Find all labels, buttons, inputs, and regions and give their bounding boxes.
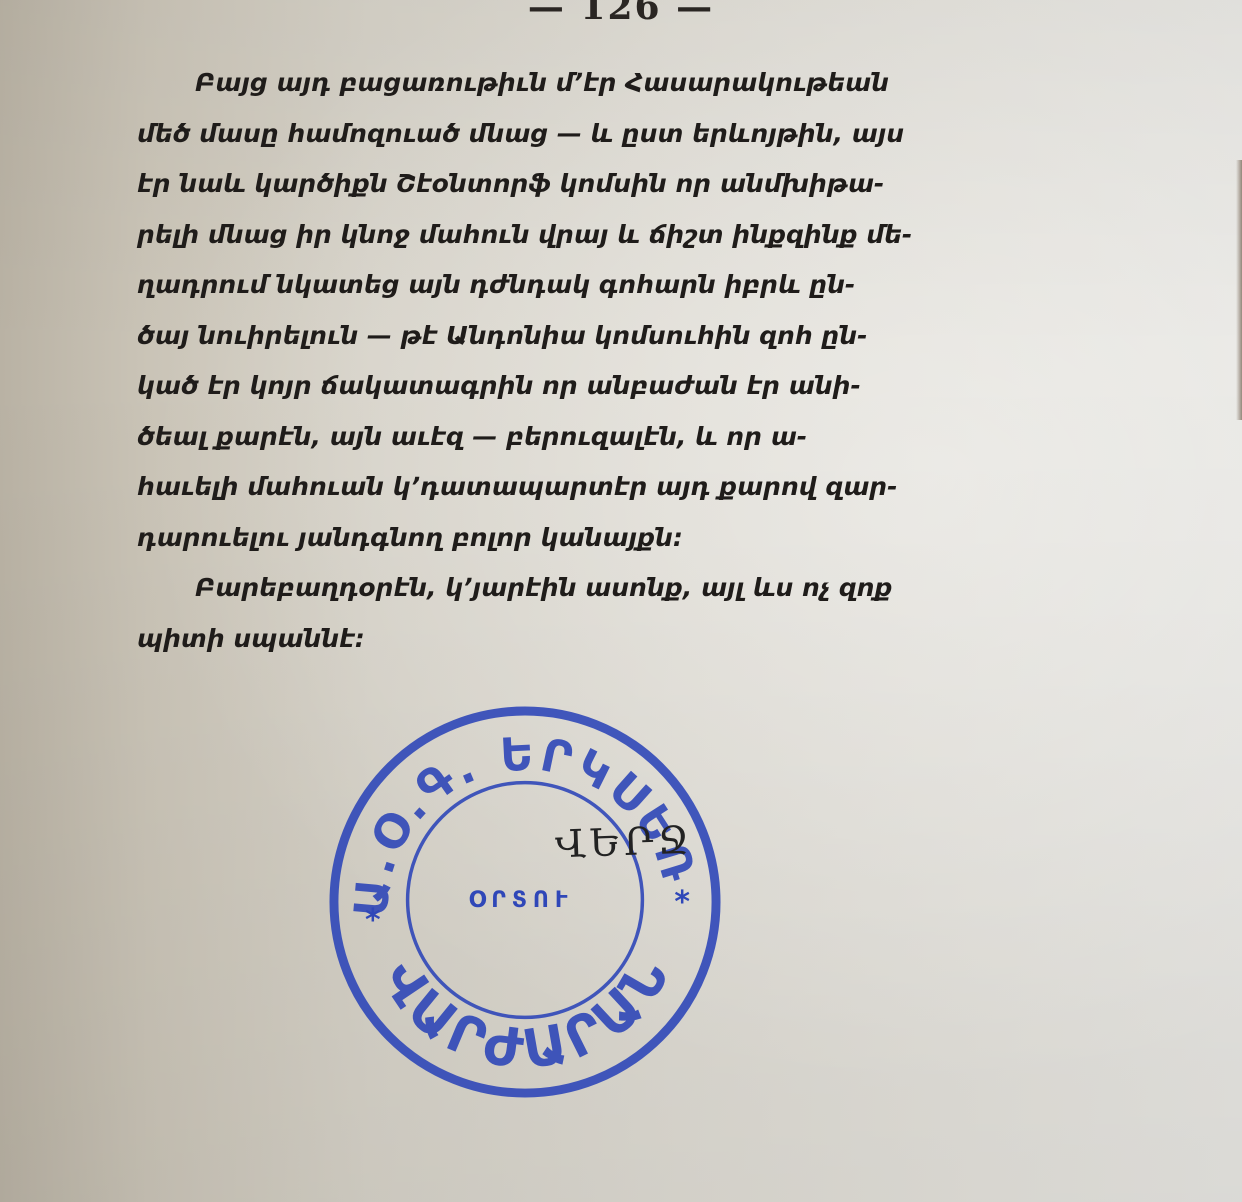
text-line: ծեալ քարէն, այն աւէզ — բերուզալէն, և որ … bbox=[137, 412, 987, 463]
text-line: կած էր կոյր ճակատագրին որ անբաժան էր անի… bbox=[137, 361, 987, 412]
text-line: ղադրում նկատեց այն դժնդակ գոհարն իբրև ըն… bbox=[137, 260, 987, 311]
text-line: ծայ նուիրելուն — թէ Անդոնիա կոմսուհին զո… bbox=[137, 311, 987, 362]
page-number: — 126 — bbox=[0, 0, 1242, 28]
text-line: Բարեբաղդօրէն, կ՚յարէին ասոնք, այլ ևս ոչ … bbox=[137, 563, 987, 614]
body-text: Բայց այդ բացառութիւն մ՚էր Հասարակութեան … bbox=[137, 58, 987, 664]
page-edge-shadow bbox=[1236, 160, 1242, 420]
library-stamp: Ա.Օ.Գ. ԵՐԿՍԵՌ ՎԱՐԺԱՐԱՆ ՕՐՏՈՒ * * bbox=[326, 703, 724, 1101]
text-line: դարուելու յանդգնող բոլոր կանայքն։ bbox=[137, 513, 987, 564]
paragraph-2: Բարեբաղդօրէն, կ՚յարէին ասոնք, այլ ևս ոչ … bbox=[137, 563, 987, 664]
paragraph-1: Բայց այդ բացառութիւն մ՚էր Հասարակութեան … bbox=[137, 58, 987, 563]
stamp-inner-text: ՕՐՏՈՒ bbox=[469, 888, 574, 913]
text-line: Բայց այդ բացառութիւն մ՚էր Հասարակութեան bbox=[137, 58, 987, 109]
text-line: մեծ մասը համոզուած մնաց — և ըստ երևոյթին… bbox=[137, 109, 987, 160]
text-line: պիտի սպաննէ։ bbox=[137, 614, 987, 665]
star-icon: * bbox=[365, 903, 381, 938]
star-icon: * bbox=[674, 885, 690, 920]
text-line: րելի մնաց իր կնոջ մահուն վրայ և ճիշտ ինք… bbox=[137, 210, 987, 261]
text-line: հաւելի մահուան կ՚դատապարտէր այդ քարով զա… bbox=[137, 462, 987, 513]
handwritten-note: ՎԵՐՋ bbox=[554, 818, 694, 867]
text-line: էր նաև կարծիքն Շէօնտորֆ կոմսին որ անմխիթ… bbox=[137, 159, 987, 210]
